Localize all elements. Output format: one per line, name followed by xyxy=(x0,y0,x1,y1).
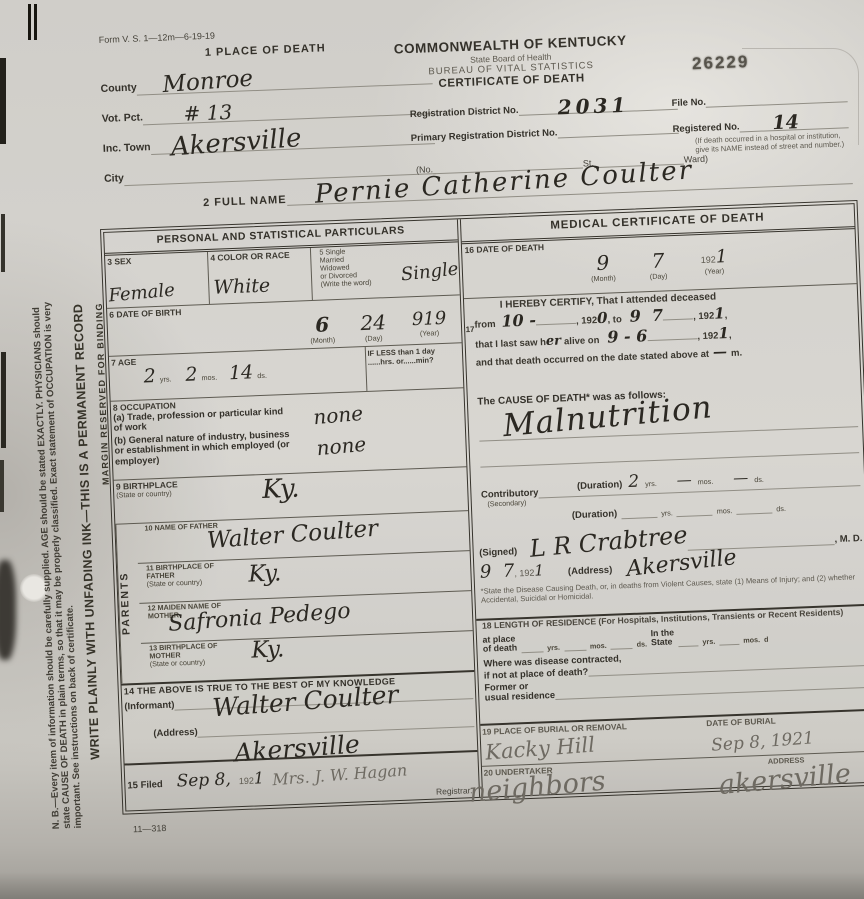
certify-occurred-label: and that death occurred on the date stat… xyxy=(476,349,710,369)
dob-day-label: (Day) xyxy=(361,335,387,344)
informant-address-label: (Address) xyxy=(153,726,198,739)
res-yrs-line xyxy=(521,640,543,653)
form-header: Form V. S. 1—12m—6-19-19 1 PLACE OF DEAT… xyxy=(92,4,857,229)
dob-year-value: 919 xyxy=(411,308,446,330)
marital-cell: 5 Single Married Widowed or Divorced (Wr… xyxy=(311,242,459,300)
cause-line2 xyxy=(479,441,859,468)
certify-comma: , xyxy=(725,310,728,321)
dob-month-value: 6 xyxy=(315,313,330,338)
birthplace-value: Ky. xyxy=(262,476,300,503)
dod-month-value: 9 xyxy=(596,251,610,275)
residence-section: 18 LENGTH OF RESIDENCE (For Hospitals, I… xyxy=(476,606,864,726)
binding-mark xyxy=(1,214,5,272)
certify-to-value: 9 7 xyxy=(629,308,663,325)
occupation-a-value: none xyxy=(313,402,364,426)
burial-value: Kacky Hill xyxy=(484,735,595,764)
primary-district-label: Primary Registration District No. xyxy=(411,127,558,144)
res-yrs2-label: yrs. xyxy=(702,637,715,645)
res-mos-label: mos. xyxy=(590,641,607,650)
occupation-b-label: (b) General nature of industry, business… xyxy=(114,428,301,467)
res-mos-line xyxy=(564,638,586,651)
certify-comma2: , xyxy=(729,330,732,341)
sex-cell: 3 SEX Female xyxy=(105,252,210,309)
res-at-place-2: of death xyxy=(483,642,518,653)
certify-saw-label: that I last saw h xyxy=(475,337,546,351)
dod-year-printed: 192 xyxy=(701,254,716,265)
filed-label: 15 Filed xyxy=(127,779,163,791)
occupation-row: 8 OCCUPATION (a) Trade, profession or pa… xyxy=(111,388,466,481)
race-value: White xyxy=(213,277,270,298)
certify-saw-label2: alive on xyxy=(564,335,600,347)
occupation-b-value: none xyxy=(316,434,367,458)
contrib-yrs-line xyxy=(621,506,657,519)
res-mos2-line xyxy=(719,632,739,645)
undertaker-address-cell: ADDRESS akersville xyxy=(706,752,864,788)
res-yrs-label: yrs. xyxy=(547,643,560,651)
binding-mark xyxy=(1,352,6,448)
age-ds-value: 14 xyxy=(229,364,254,384)
res-ds-line xyxy=(610,636,632,649)
certify-saw-year-printed: , 192 xyxy=(697,330,719,342)
burial-date-value: Sep 8, 1921 xyxy=(711,730,815,754)
age-less-note-cell: IF LESS than 1 day ......hrs. or......mi… xyxy=(364,344,463,391)
contrib-mos-label: mos. xyxy=(717,507,733,516)
certify-to-label: , to xyxy=(607,314,622,326)
undertaker-address-value: akersville xyxy=(718,760,852,799)
signed-md: , M. D. xyxy=(834,533,862,545)
age-yrs-label: yrs. xyxy=(160,376,172,384)
certify-number: 17 xyxy=(465,325,474,334)
contrib-ds-line xyxy=(736,501,772,514)
certify-occurred-value: — xyxy=(713,345,728,360)
contrib-duration-label: (Duration) xyxy=(572,508,618,521)
certificate-body: PERSONAL AND STATISTICAL PARTICULARS 3 S… xyxy=(100,200,864,815)
parents-section: PARENTS 10 NAME OF FATHER Walter Coulter… xyxy=(115,511,473,685)
full-name-label: 2 FULL NAME xyxy=(203,194,287,209)
dod-year-label: (Year) xyxy=(701,267,728,276)
certify-from-label: from xyxy=(474,319,496,331)
informant-section: 14 THE ABOVE IS TRUE TO THE BEST OF MY K… xyxy=(122,672,477,766)
certify-from-line xyxy=(536,312,576,326)
certify-saw-her: er xyxy=(546,334,562,348)
certify-to-year-printed: , 192 xyxy=(693,311,715,323)
dod-day-value: 7 xyxy=(651,248,665,272)
primary-district-line xyxy=(557,122,679,139)
res-state: State xyxy=(651,636,673,647)
certify-from-year-printed: , 192 xyxy=(576,315,598,327)
age-mos-label: mos. xyxy=(201,374,217,383)
file-stamp-number: 26229 xyxy=(692,52,750,74)
mother-bp-value: Ky. xyxy=(251,638,285,662)
filed-date-value: Sep 8, xyxy=(176,771,231,790)
age-mos-value: 2 xyxy=(185,366,198,385)
bottom-shadow xyxy=(0,872,864,899)
age-less-note: IF LESS than 1 day ......hrs. or......mi… xyxy=(367,346,460,368)
vot-pct-value: # 13 xyxy=(183,102,232,124)
scan-blotch xyxy=(0,560,16,660)
certificate-sheet: N. B.—Every item of information should b… xyxy=(20,0,851,22)
res-d2-label: d xyxy=(764,635,769,643)
registered-no-row: Registered No. 14 xyxy=(672,102,849,135)
binding-mark xyxy=(0,460,4,512)
certify-saw-year-written: 1 xyxy=(718,326,729,341)
certify-to-year-written: 1 xyxy=(714,306,725,321)
medical-column: MEDICAL CERTIFICATE OF DEATH 16 DATE OF … xyxy=(460,204,864,797)
certify-from-value: 10 - xyxy=(501,312,536,329)
commonwealth-block: COMMONWEALTH OF KENTUCKY State Board of … xyxy=(345,31,679,147)
dod-month-label: (Month) xyxy=(591,274,616,283)
certify-occurred-m: m. xyxy=(731,348,743,359)
certify-saw-value: 9 - 6 xyxy=(607,328,648,346)
binding-mark xyxy=(0,58,6,144)
scanned-death-certificate: N. B.—Every item of information should b… xyxy=(0,0,864,899)
dod-year-written: 1 xyxy=(715,246,727,267)
county-label: County xyxy=(100,82,137,97)
filed-year-written: 1 xyxy=(254,770,265,786)
filed-year-printed: 192 xyxy=(239,776,254,787)
res-mos2-label: mos. xyxy=(743,636,760,645)
signed-year-printed: , 192 xyxy=(514,568,534,579)
burial-date-cell: DATE OF BURIAL Sep 8, 1921 xyxy=(704,711,864,757)
city-label: City xyxy=(104,172,124,187)
res-former-2: usual residence xyxy=(485,689,556,702)
signed-label: (Signed) xyxy=(479,546,517,558)
dod-day-label: (Day) xyxy=(650,272,668,281)
signed-date: 9 7 xyxy=(480,562,515,581)
personal-column: PERSONAL AND STATISTICAL PARTICULARS 3 S… xyxy=(104,219,482,810)
dob-year-label: (Year) xyxy=(412,329,447,338)
dob-month-label: (Month) xyxy=(310,337,335,346)
registered-no-value: 14 xyxy=(772,113,799,133)
age-ds-label: ds. xyxy=(257,372,267,380)
signed-address-label: (Address) xyxy=(568,565,613,578)
registered-no-label: Registered No. xyxy=(672,121,739,135)
res-former-blank xyxy=(555,675,864,699)
file-number-block: File No. Registered No. 14 (If death occ… xyxy=(671,76,850,155)
res-yrs2-line xyxy=(678,634,698,647)
dob-day-value: 24 xyxy=(360,311,386,336)
father-value: Walter Coulter xyxy=(206,518,379,553)
certify-saw-line xyxy=(647,327,697,341)
contrib-ds-label: ds. xyxy=(776,505,786,513)
certify-section: 17 I HEREBY CERTIFY, That I attended dec… xyxy=(463,284,860,397)
contrib-yrs-label: yrs. xyxy=(661,509,673,517)
sex-value: Female xyxy=(108,282,176,306)
certify-from-year-written: 0 xyxy=(597,311,608,326)
certify-to-line xyxy=(663,307,693,320)
cause-of-death-section: The CAUSE OF DEATH* was as follows: Maln… xyxy=(467,382,864,489)
father-bp-value: Ky. xyxy=(248,562,282,586)
age-yrs-value: 2 xyxy=(143,368,156,387)
race-label: 4 COLOR OR RACE xyxy=(208,248,311,264)
race-cell: 4 COLOR OR RACE White xyxy=(208,248,313,305)
informant-label: (Informant) xyxy=(124,699,175,712)
signed-year-written: 1 xyxy=(534,563,544,578)
res-ds-label: ds. xyxy=(636,640,647,648)
registrar-signature: Mrs. J. W. Hagan xyxy=(272,762,408,788)
contrib-mos-line xyxy=(676,504,712,517)
sex-label: 3 SEX xyxy=(105,252,208,268)
form-code: Form V. S. 1—12m—6-19-19 xyxy=(99,31,216,45)
certificate-form: Form V. S. 1—12m—6-19-19 1 PLACE OF DEAT… xyxy=(92,4,864,835)
